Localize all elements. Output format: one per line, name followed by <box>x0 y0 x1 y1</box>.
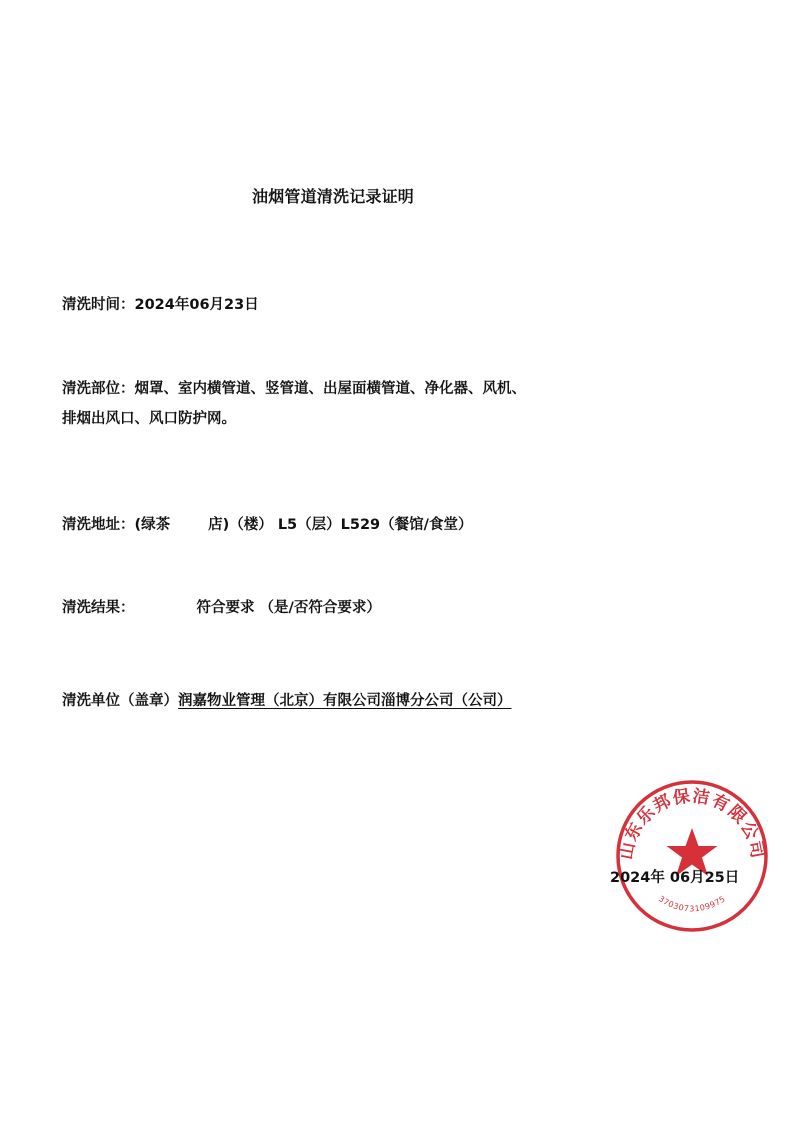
cleaning-parts-field: 清洗部位：烟罩、室内横管道、竖管道、出屋面横管道、净化器、风机、 排烟出风口、风… <box>62 374 582 434</box>
cleaning-result-field: 清洗结果：符合要求 （是/否符合要求） <box>62 596 381 620</box>
cleaning-unit-value: 润嘉物业管理（北京）有限公司淄博分公司（公司） <box>178 693 512 709</box>
cleaning-parts-label: 清洗部位： <box>62 381 135 397</box>
cleaning-result-value: 符合要求 （是/否符合要求） <box>197 600 381 616</box>
seal-serial-number: 3703073109975 <box>657 894 727 913</box>
sign-date: 2024年 06月25日 <box>610 866 739 887</box>
company-seal: 山东乐邦保洁有限公司 3703073109975 <box>614 778 770 934</box>
cleaning-parts-value-line2: 排烟出风口、风口防护网。 <box>62 411 236 427</box>
cleaning-address-label: 清洗地址： <box>62 517 135 533</box>
cleaning-unit-field: 清洗单位（盖章）润嘉物业管理（北京）有限公司淄博分公司（公司） <box>62 689 512 713</box>
cleaning-time-field: 清洗时间：2024年06月23日 <box>62 293 259 317</box>
document-page: 油烟管道清洗记录证明 清洗时间：2024年06月23日 清洗部位：烟罩、室内横管… <box>0 0 800 1131</box>
cleaning-unit-label: 清洗单位（盖章） <box>62 693 178 709</box>
cleaning-parts-value-line1: 烟罩、室内横管道、竖管道、出屋面横管道、净化器、风机、 <box>135 381 527 397</box>
cleaning-time-value: 2024年06月23日 <box>135 297 259 313</box>
document-title: 油烟管道清洗记录证明 <box>252 184 414 207</box>
cleaning-address-part1: (绿茶 <box>135 517 171 533</box>
cleaning-time-label: 清洗时间： <box>62 297 135 313</box>
cleaning-address-part2: 店)（楼） L5（层）L529（餐馆/食堂） <box>208 517 472 533</box>
cleaning-result-label: 清洗结果： <box>62 600 135 616</box>
cleaning-address-field: 清洗地址：(绿茶店)（楼） L5（层）L529（餐馆/食堂） <box>62 513 472 537</box>
